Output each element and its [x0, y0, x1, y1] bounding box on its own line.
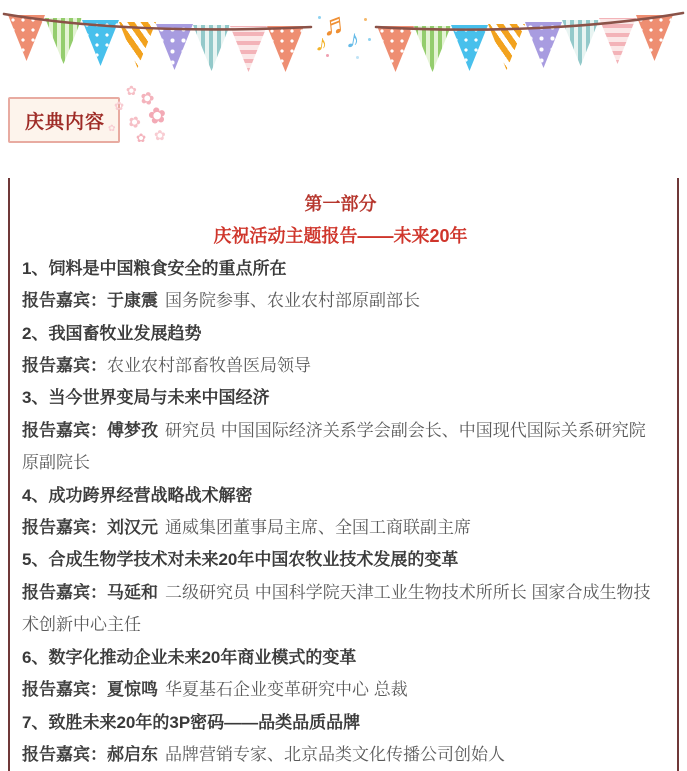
agenda-item-guest: 报告嘉宾：夏惊鸣华夏基石企业变革研究中心 总裁 [22, 674, 659, 706]
bunting-garland-right [370, 0, 687, 68]
bunting-flag-green-stripes-icon [45, 18, 82, 64]
part-title: 庆祝活动主题报告——未来20年 [22, 220, 659, 252]
bunting-flag-salmon-dots-icon [377, 26, 414, 72]
guest-label: 报告嘉宾： [22, 421, 107, 440]
part-label: 第一部分 [22, 188, 659, 220]
bunting-flag-green-stripes-icon [414, 26, 451, 72]
bunting-flag-blue-dots-icon [451, 25, 488, 71]
agenda-item-title: 6、数字化推动企业未来20年商业模式的变革 [22, 642, 659, 674]
guest-description: 国务院参事、农业农村部原副部长 [165, 291, 420, 310]
agenda-item-guest: 报告嘉宾：傅梦孜研究员 中国国际经济关系学会副会长、中国现代国际关系研究院原副院… [22, 415, 659, 480]
sakura-flower-icon: ✿ [136, 132, 146, 144]
bunting-flag-salmon-dots-icon [636, 15, 673, 61]
sparkle-dot [318, 16, 321, 19]
page-title: 庆典内容 [10, 107, 105, 134]
guest-description: 华夏基石企业变革研究中心 总裁 [165, 680, 408, 699]
agenda-item-title: 3、当今世界变局与未来中国经济 [22, 382, 659, 414]
guest-description: 通威集团董事局主席、全国工商联副主席 [165, 518, 471, 537]
guest-name: 郝启东 [107, 745, 158, 764]
bunting-flag-teal-stripes-icon [562, 20, 599, 66]
guest-label: 报告嘉宾： [22, 291, 107, 310]
bunting-flag-blue-dots-icon [82, 20, 119, 66]
guest-name: 于康震 [107, 291, 158, 310]
music-note-icon: ♪ [314, 31, 329, 55]
content-panel: 第一部分 庆祝活动主题报告——未来20年 1、饲料是中国粮食安全的重点所在 报告… [8, 178, 679, 771]
music-notes: ♬ ♪ ♪ [316, 10, 372, 62]
agenda-item-guest: 报告嘉宾：郝启东品牌营销专家、北京品类文化传播公司创始人 [22, 739, 659, 771]
sakura-flower-icon: ✿ [154, 128, 166, 142]
bunting-flag-orange-diagonal-icon [488, 24, 525, 70]
bunting-flag-purple-hearts-icon [525, 22, 562, 68]
guest-description: 农业农村部畜牧兽医局领导 [107, 356, 311, 375]
sparkle-dot [356, 56, 359, 59]
guest-label: 报告嘉宾： [22, 583, 107, 602]
bunting-flag-purple-hearts-icon [156, 24, 193, 70]
article-page: ♬ ♪ ♪ 庆典内容 ✿ ✿ ✿ ✿ [0, 0, 687, 771]
bunting-garland-left [0, 0, 312, 68]
bunting-banner: ♬ ♪ ♪ [0, 0, 687, 68]
guest-label: 报告嘉宾： [22, 680, 107, 699]
sakura-flower-icon: ✿ [146, 104, 168, 129]
agenda-item-title: 1、饲料是中国粮食安全的重点所在 [22, 253, 659, 285]
agenda-item-guest: 报告嘉宾：农业农村部畜牧兽医局领导 [22, 350, 659, 382]
bunting-flag-salmon-dots-icon [8, 15, 45, 61]
bunting-flag-salmon-dots-icon [267, 26, 304, 72]
guest-label: 报告嘉宾： [22, 745, 107, 764]
sparkle-dot [364, 18, 367, 21]
sakura-flower-icon: ✿ [126, 84, 137, 97]
guest-name: 刘汉元 [107, 518, 158, 537]
agenda-item-title: 4、成功跨界经营战略战术解密 [22, 480, 659, 512]
agenda-item-guest: 报告嘉宾：刘汉元通威集团董事局主席、全国工商联副主席 [22, 512, 659, 544]
bunting-flag-pink-stripes-icon [599, 18, 636, 64]
celebration-title-box: 庆典内容 [8, 97, 120, 143]
agenda-item-guest: 报告嘉宾：于康震国务院参事、农业农村部原副部长 [22, 285, 659, 317]
guest-description: 品牌营销专家、北京品类文化传播公司创始人 [165, 745, 505, 764]
agenda-item-title: 5、合成生物学技术对未来20年中国农牧业技术发展的变革 [22, 544, 659, 576]
agenda-item-title: 2、我国畜牧业发展趋势 [22, 318, 659, 350]
agenda-item-title: 7、致胜未来20年的3P密码——品类品质品牌 [22, 707, 659, 739]
guest-name: 夏惊鸣 [107, 680, 158, 699]
agenda-item-guest: 报告嘉宾：马延和二级研究员 中国科学院天津工业生物技术所所长 国家合成生物技术创… [22, 577, 659, 642]
guest-label: 报告嘉宾： [22, 518, 107, 537]
guest-name: 傅梦孜 [107, 421, 158, 440]
sakura-flower-icon: ✿ [138, 88, 156, 108]
sakura-flower-icon: ✿ [126, 113, 143, 131]
guest-label: 报告嘉宾： [22, 356, 107, 375]
bunting-flag-teal-stripes-icon [193, 25, 230, 71]
guest-name: 马延和 [107, 583, 158, 602]
bunting-flag-orange-diagonal-icon [119, 22, 156, 68]
sparkle-dot [326, 54, 329, 57]
bunting-flag-pink-stripes-icon [230, 26, 267, 72]
